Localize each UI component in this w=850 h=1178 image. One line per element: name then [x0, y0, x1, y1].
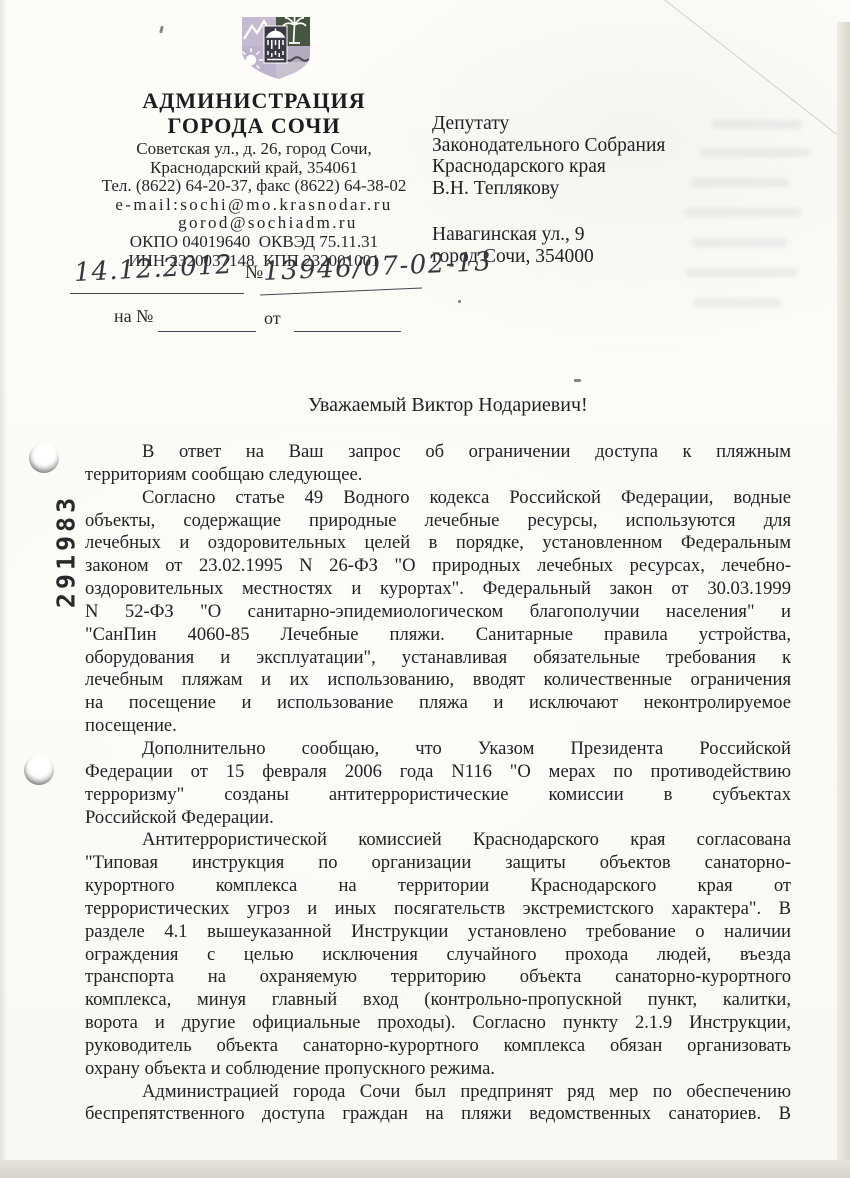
reply-date-blank — [294, 331, 401, 332]
body-line: охрану объекта и соблюдение пропускного … — [85, 1058, 791, 1081]
body-line: территориям сообщаю следующее. — [85, 464, 791, 487]
letter-body: В ответ на Ваш запрос об ограничении дос… — [85, 441, 791, 1126]
body-line: ворота и другие официальные проходы). Со… — [85, 1012, 791, 1035]
page-left-shadow — [0, 0, 7, 1160]
body-line: Антитеррористической комиссией Краснодар… — [85, 829, 791, 852]
sochi-coat-of-arms-logo — [77, 10, 475, 87]
body-line: Администрацией города Сочи был предприня… — [85, 1081, 791, 1104]
bleed-through-artifact — [692, 238, 787, 247]
letterhead-address-line: Тел. (8622) 64-20-37, факс (8622) 64-38-… — [55, 177, 453, 196]
salutation: Уважаемый Виктор Нодариевич! — [308, 394, 588, 417]
paper-crease — [639, 0, 850, 159]
bleed-through-artifact — [690, 178, 790, 187]
body-line: лечебных и оздоровительных целей в поряд… — [85, 532, 791, 555]
body-line: Российской Федерации. — [85, 807, 791, 830]
body-line: законом от 23.02.1995 N 26-ФЗ "О природн… — [85, 555, 791, 578]
bleed-through-artifact — [686, 268, 798, 277]
letterhead-address-line: Советская ул., д. 26, город Сочи, — [55, 140, 453, 159]
body-line: оборудования и эксплуатации", устанавлив… — [85, 647, 791, 670]
bleed-through-artifact — [684, 208, 802, 217]
recipient-name-lines: ДепутатуЗаконодательного СобранияКраснод… — [432, 113, 665, 199]
punch-hole — [29, 443, 59, 473]
body-line: на посещение и использование пляжа и иск… — [85, 692, 791, 715]
number-sign: № — [245, 262, 263, 284]
recipient-line: Законодательного Собрания — [432, 135, 665, 157]
page-bottom-edge — [0, 1160, 850, 1178]
body-line: комплекса, минуя главный вход (контрольн… — [85, 989, 791, 1012]
letterhead-address-line: Краснодарский край, 354061 — [55, 159, 453, 178]
page-right-edge — [837, 22, 850, 1162]
body-line: террористических угроз и иных посягатель… — [85, 898, 791, 921]
reply-number-blank — [158, 331, 256, 332]
body-line: терроризму" созданы антитеррористические… — [85, 784, 791, 807]
body-line: Дополнительно сообщаю, что Указом Презид… — [85, 738, 791, 761]
scan-speck — [458, 300, 461, 303]
body-line: курортного комплекса на территории Красн… — [85, 875, 791, 898]
body-line: Согласно статье 49 Водного кодекса Росси… — [85, 487, 791, 510]
body-line: В ответ на Ваш запрос об ограничении дос… — [85, 441, 791, 464]
org-name-line1: АДМИНИСТРАЦИЯ — [55, 89, 453, 112]
body-line: ограждения с целью исключения случайного… — [85, 944, 791, 967]
org-name-line2: ГОРОДА СОЧИ — [55, 114, 453, 137]
recipient-line: В.Н. Теплякову — [432, 178, 665, 200]
recipient-line: Краснодарского края — [432, 156, 665, 178]
scan-speck — [574, 379, 581, 382]
body-line: беспрепятственного доступа граждан на пл… — [85, 1103, 791, 1126]
bleed-through-artifact — [712, 120, 802, 129]
body-line: разделе 4.1 вышеуказанной Инструкции уст… — [85, 921, 791, 944]
letterhead-address-line: gorod@sochiadm.ru — [55, 214, 453, 233]
punch-hole — [24, 755, 54, 785]
body-line: руководитель объекта санаторно-курортног… — [85, 1035, 791, 1058]
registration-stamp-number: 291983 — [52, 494, 81, 608]
scanned-letter-page: 291983 — [0, 0, 850, 1178]
body-line: "Типовая инструкция по организации защит… — [85, 852, 791, 875]
body-line: объекты, содержащие природные лечебные р… — [85, 510, 791, 533]
body-line: Федерации от 15 февраля 2006 года N116 "… — [85, 761, 791, 784]
body-line: лечебным пляжам и их использованию, ввод… — [85, 669, 791, 692]
number-underline — [260, 287, 422, 295]
reply-from-label: от — [264, 308, 281, 329]
letterhead: АДМИНИСТРАЦИЯ ГОРОДА СОЧИ Советская ул.,… — [55, 10, 453, 270]
bleed-through-artifact — [694, 298, 782, 307]
recipient-address-line: Навагинская ул., 9 — [432, 224, 665, 246]
letterhead-address-line: ОКПО 04019640 ОКВЭД 75.11.31 — [55, 233, 453, 252]
body-line: посещение. — [85, 715, 791, 738]
body-line: оздоровительных местностях и курортах". … — [85, 578, 791, 601]
body-line: транспорта на охраняемую территорию объе… — [85, 966, 791, 989]
body-line: N 52-ФЗ "О санитарно-эпидемиологическом … — [85, 601, 791, 624]
recipient-block: ДепутатуЗаконодательного СобранияКраснод… — [432, 113, 665, 268]
recipient-line: Депутату — [432, 113, 665, 135]
date-underline — [70, 293, 244, 294]
letterhead-address-line: e-mail:sochi@mo.krasnodar.ru — [55, 196, 453, 215]
reply-to-label: на № — [114, 306, 153, 327]
bleed-through-artifact — [700, 148, 810, 157]
body-line: "СанПин 4060-85 Лечебные пляжи. Санитарн… — [85, 624, 791, 647]
